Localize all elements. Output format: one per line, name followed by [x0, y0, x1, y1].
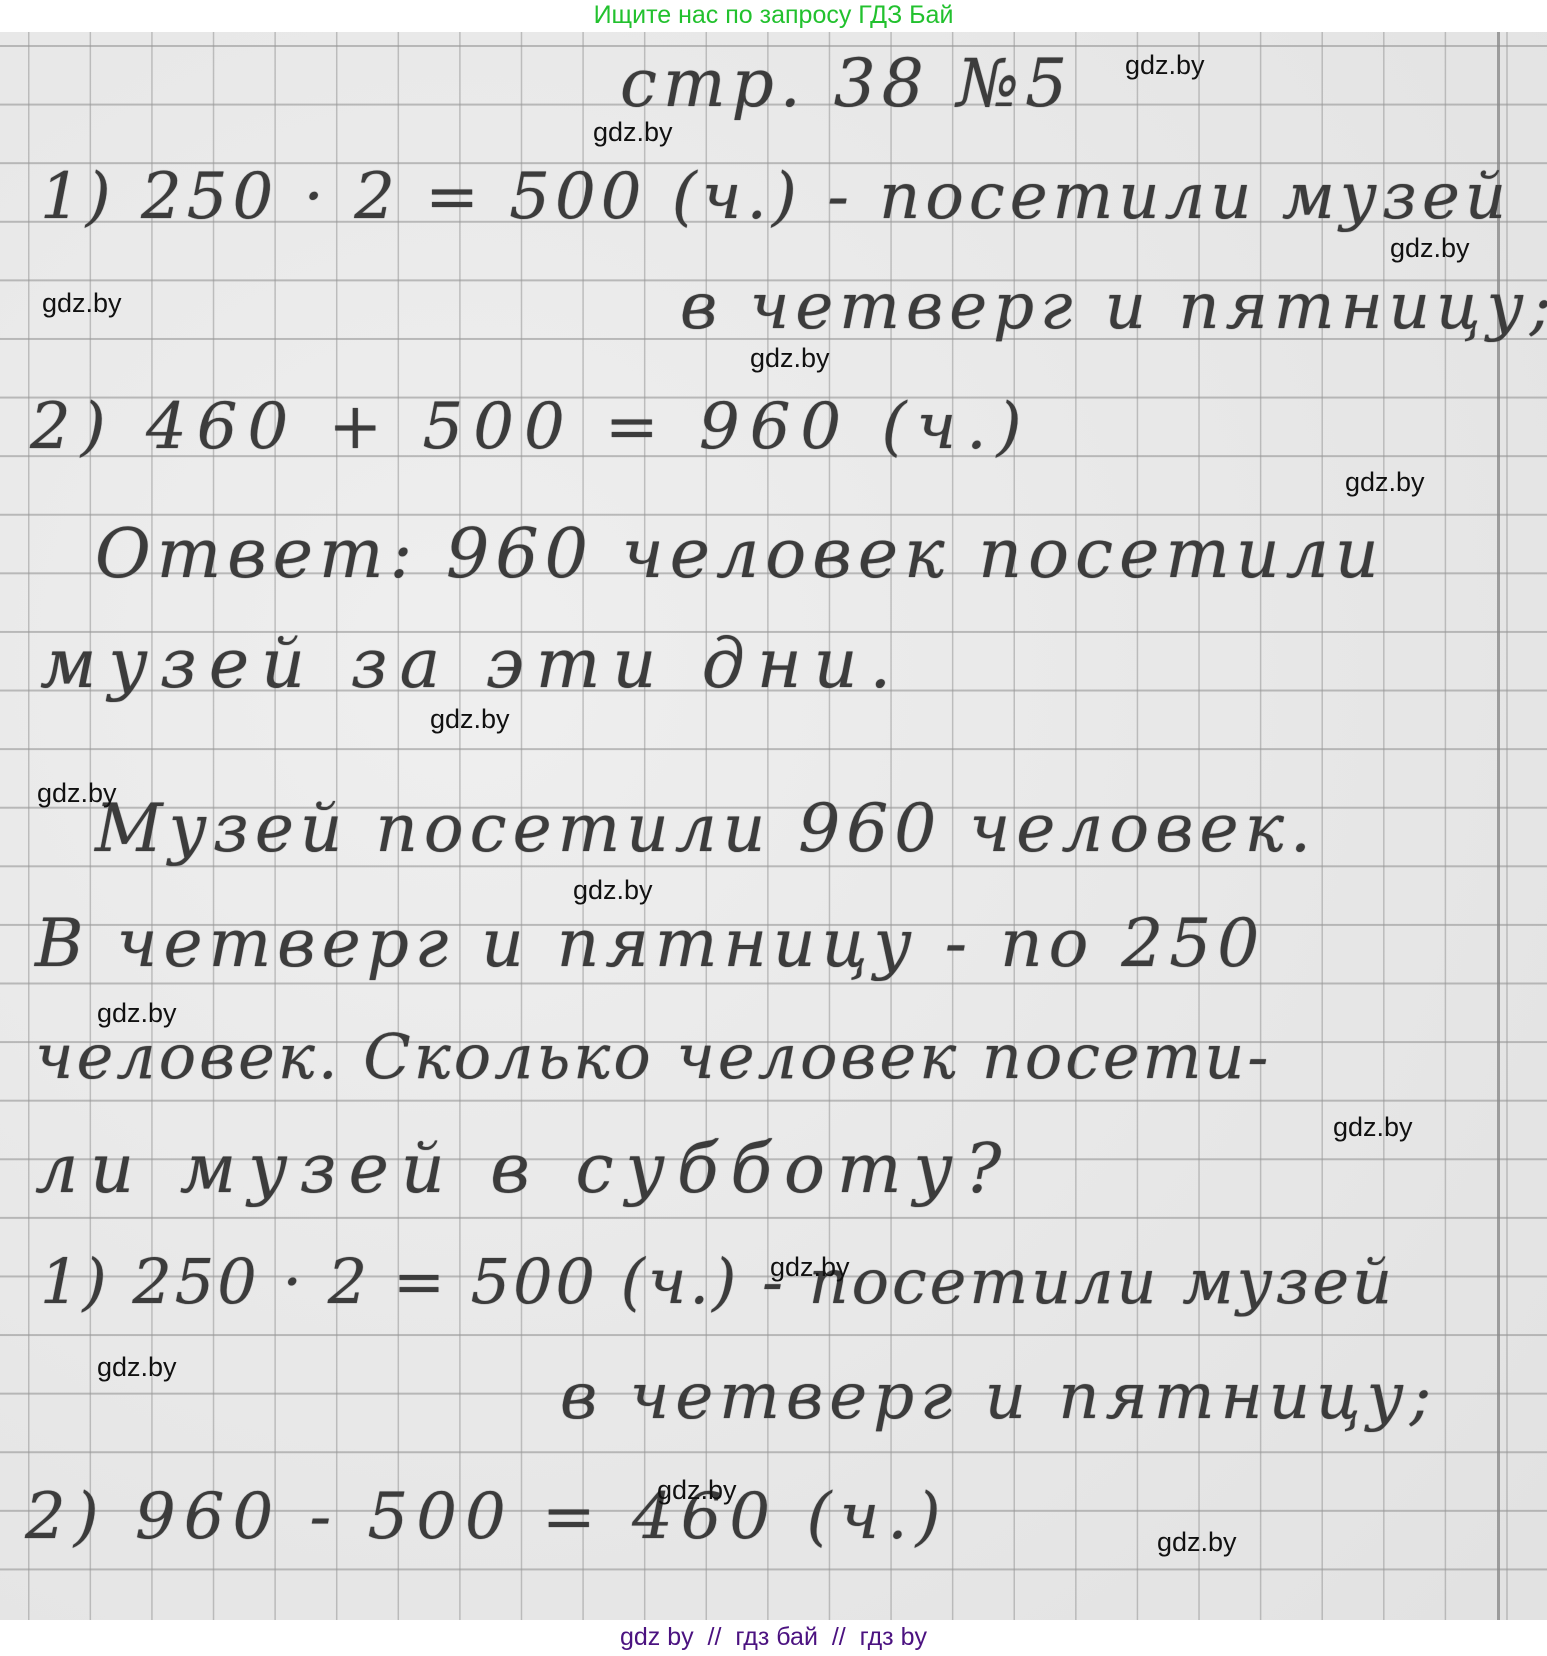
reverse-problem-line-1: Музей посетили 960 человек.: [95, 790, 1317, 867]
watermark: gdz.by: [1125, 50, 1205, 81]
watermark: gdz.by: [1157, 1527, 1237, 1558]
reverse-problem-line-4: ли музей в субботу?: [35, 1130, 1013, 1209]
watermark: gdz.by: [573, 875, 653, 906]
solution-line-3: 2) 460 + 500 = 960 (ч.): [30, 390, 1032, 464]
reverse-solution-line-1: 1) 250 · 2 = 500 (ч.) - посетили музей: [40, 1245, 1395, 1318]
watermark: gdz.by: [1345, 467, 1425, 498]
search-hint-link[interactable]: Ищите нас по запросу ГДЗ Бай: [594, 1, 954, 29]
solution-line-2: в четверг и пятницу;: [680, 270, 1547, 344]
reverse-problem-line-3: человек. Сколько человек посети-: [35, 1020, 1271, 1093]
footer-text: gdz by // гдз бай // гдз by: [620, 1623, 927, 1651]
reverse-solution-line-3: 2) 960 - 500 = 460 (ч.): [25, 1480, 949, 1554]
watermark: gdz.by: [42, 288, 122, 319]
reverse-solution-line-2: в четверг и пятницу;: [560, 1360, 1437, 1434]
solution-line-1: 1) 250 · 2 = 500 (ч.) - посетили музей: [40, 160, 1511, 234]
watermark: gdz.by: [770, 1252, 850, 1283]
page-heading: стр. 38 №5: [620, 45, 1073, 122]
watermark: gdz.by: [430, 704, 510, 735]
footer-banner: gdz by // гдз бай // гдз by: [0, 1620, 1547, 1656]
watermark: gdz.by: [1333, 1112, 1413, 1143]
watermark: gdz.by: [657, 1475, 737, 1506]
watermark: gdz.by: [97, 1352, 177, 1383]
watermark: gdz.by: [37, 778, 117, 809]
watermark: gdz.by: [750, 343, 830, 374]
answer-line-2: музей за эти дни.: [40, 625, 903, 704]
watermark: gdz.by: [1390, 233, 1470, 264]
top-banner: Ищите нас по запросу ГДЗ Бай: [0, 0, 1547, 32]
answer-line-1: Ответ: 960 человек посетили: [95, 515, 1385, 594]
watermark: gdz.by: [593, 117, 673, 148]
watermark: gdz.by: [97, 998, 177, 1029]
reverse-problem-line-2: В четверг и пятницу - по 250: [35, 905, 1265, 982]
